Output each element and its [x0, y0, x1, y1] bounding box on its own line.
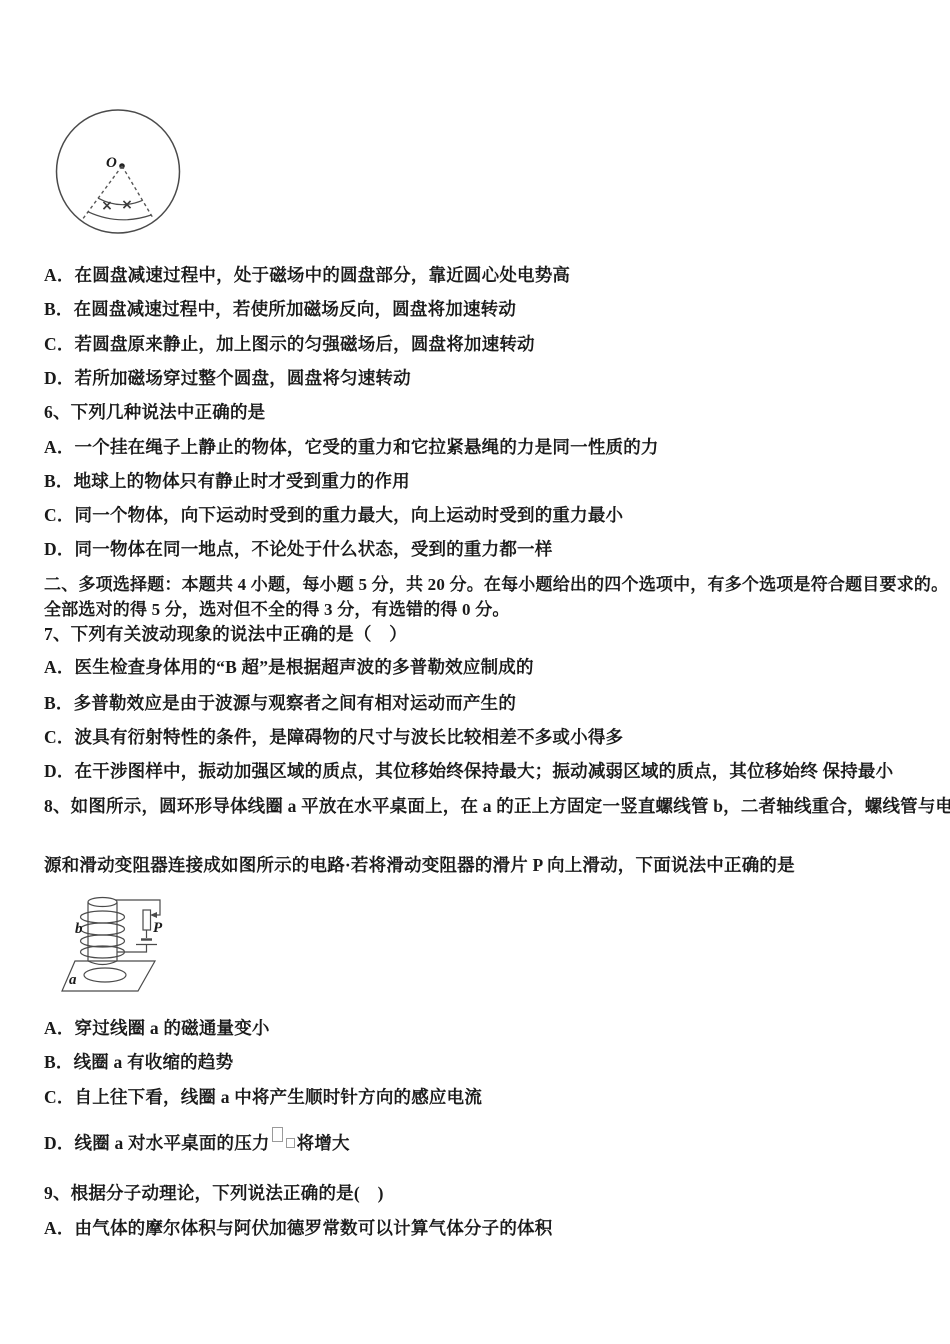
q8-option-a: A．穿过线圈 a 的磁通量变小 — [44, 1015, 270, 1040]
q6-option-b: B．地球上的物体只有静止时才受到重力的作用 — [44, 468, 410, 493]
q6-option-a: A．一个挂在绳子上静止的物体，它受的重力和它拉紧悬绳的力是同一性质的力 — [44, 434, 659, 459]
q7-option-c: C．波具有衍射特性的条件，是障碍物的尺寸与波长比较相差不多或小得多 — [44, 724, 623, 749]
q7-option-a: A．医生检查身体用的“B 超”是根据超声波的多普勒效应制成的 — [44, 654, 534, 679]
disc-field-diagram: O × × — [52, 107, 186, 237]
solenoid-winding — [81, 935, 125, 947]
q8-stem-line2: 源和滑动变阻器连接成如图所示的电路·若将滑动变阻器的滑片 P 向上滑动，下面说法… — [44, 852, 795, 877]
wire-top — [115, 900, 160, 915]
q5-option-a: A．在圆盘减速过程中，处于磁场中的圆盘部分，靠近圆心处电势高 — [44, 262, 570, 287]
flux-into-page-symbol: × — [101, 198, 113, 214]
solenoid-top — [88, 898, 117, 907]
wire-bottom — [117, 945, 147, 953]
solenoid-circuit-diagram: a b P — [53, 884, 188, 1014]
solenoid-label: b — [75, 921, 83, 937]
q6-stem: 6、下列几种说法中正确的是 — [44, 399, 265, 424]
q8-option-c: C．自上往下看，线圈 a 中将产生顺时针方向的感应电流 — [44, 1084, 482, 1109]
missing-glyph-box — [272, 1127, 283, 1142]
q6-option-c: C．同一个物体，向下运动时受到的重力最大，向上运动时受到的重力最小 — [44, 502, 623, 527]
q8-option-d: D．线圈 a 对水平桌面的压力将增大 — [44, 1127, 350, 1155]
coil-a — [84, 968, 126, 982]
rheostat — [143, 910, 151, 930]
q8-stem-line1: 8、如图所示，圆环形导体线圈 a 平放在水平桌面上，在 a 的正上方固定一竖直螺… — [44, 793, 950, 818]
q8-option-d-text1: D．线圈 a 对水平桌面的压力 — [44, 1133, 270, 1153]
q8-option-b: B．线圈 a 有收缩的趋势 — [44, 1049, 233, 1074]
flux-into-page-symbol: × — [121, 197, 133, 213]
missing-glyph-box — [286, 1138, 295, 1148]
q5-option-d: D．若所加磁场穿过整个圆盘，圆盘将匀速转动 — [44, 365, 411, 390]
q7-stem: 7、下列有关波动现象的说法中正确的是（ ） — [44, 621, 407, 646]
disc-center-label: O — [106, 155, 117, 171]
q5-option-b: B．在圆盘减速过程中，若使所加磁场反向，圆盘将加速转动 — [44, 296, 516, 321]
q7-option-b: B．多普勒效应是由于波源与观察者之间有相对运动而产生的 — [44, 690, 516, 715]
solenoid-winding — [81, 911, 125, 923]
q6-option-d: D．同一物体在同一地点，不论处于什么状态，受到的重力都一样 — [44, 536, 552, 561]
q9-option-a: A．由气体的摩尔体积与阿伏加德罗常数可以计算气体分子的体积 — [44, 1215, 552, 1240]
solenoid-winding — [81, 923, 125, 935]
q8-option-d-text2: 将增大 — [297, 1133, 350, 1153]
sector-arc-outer — [88, 212, 151, 220]
section2-header-line2: 全部选对的得 5 分，选对但不全的得 3 分，有选错的得 0 分。 — [44, 595, 510, 620]
exam-page: O × × A．在圆盘减速过程中，处于磁场中的圆盘部分，靠近圆心处电势高 B．在… — [0, 0, 950, 1344]
slider-label: P — [153, 920, 163, 936]
q9-stem: 9、根据分子动理论，下列说法正确的是( ) — [44, 1180, 384, 1205]
coil-a-label: a — [69, 972, 77, 988]
q5-option-c: C．若圆盘原来静止，加上图示的匀强磁场后，圆盘将加速转动 — [44, 331, 535, 356]
q7-option-d: D．在干涉图样中，振动加强区域的质点，其位移始终保持最大；振动减弱区域的质点，其… — [44, 758, 893, 783]
section2-header-line1: 二、多项选择题：本题共 4 小题，每小题 5 分，共 20 分。在每小题给出的四… — [44, 570, 948, 595]
